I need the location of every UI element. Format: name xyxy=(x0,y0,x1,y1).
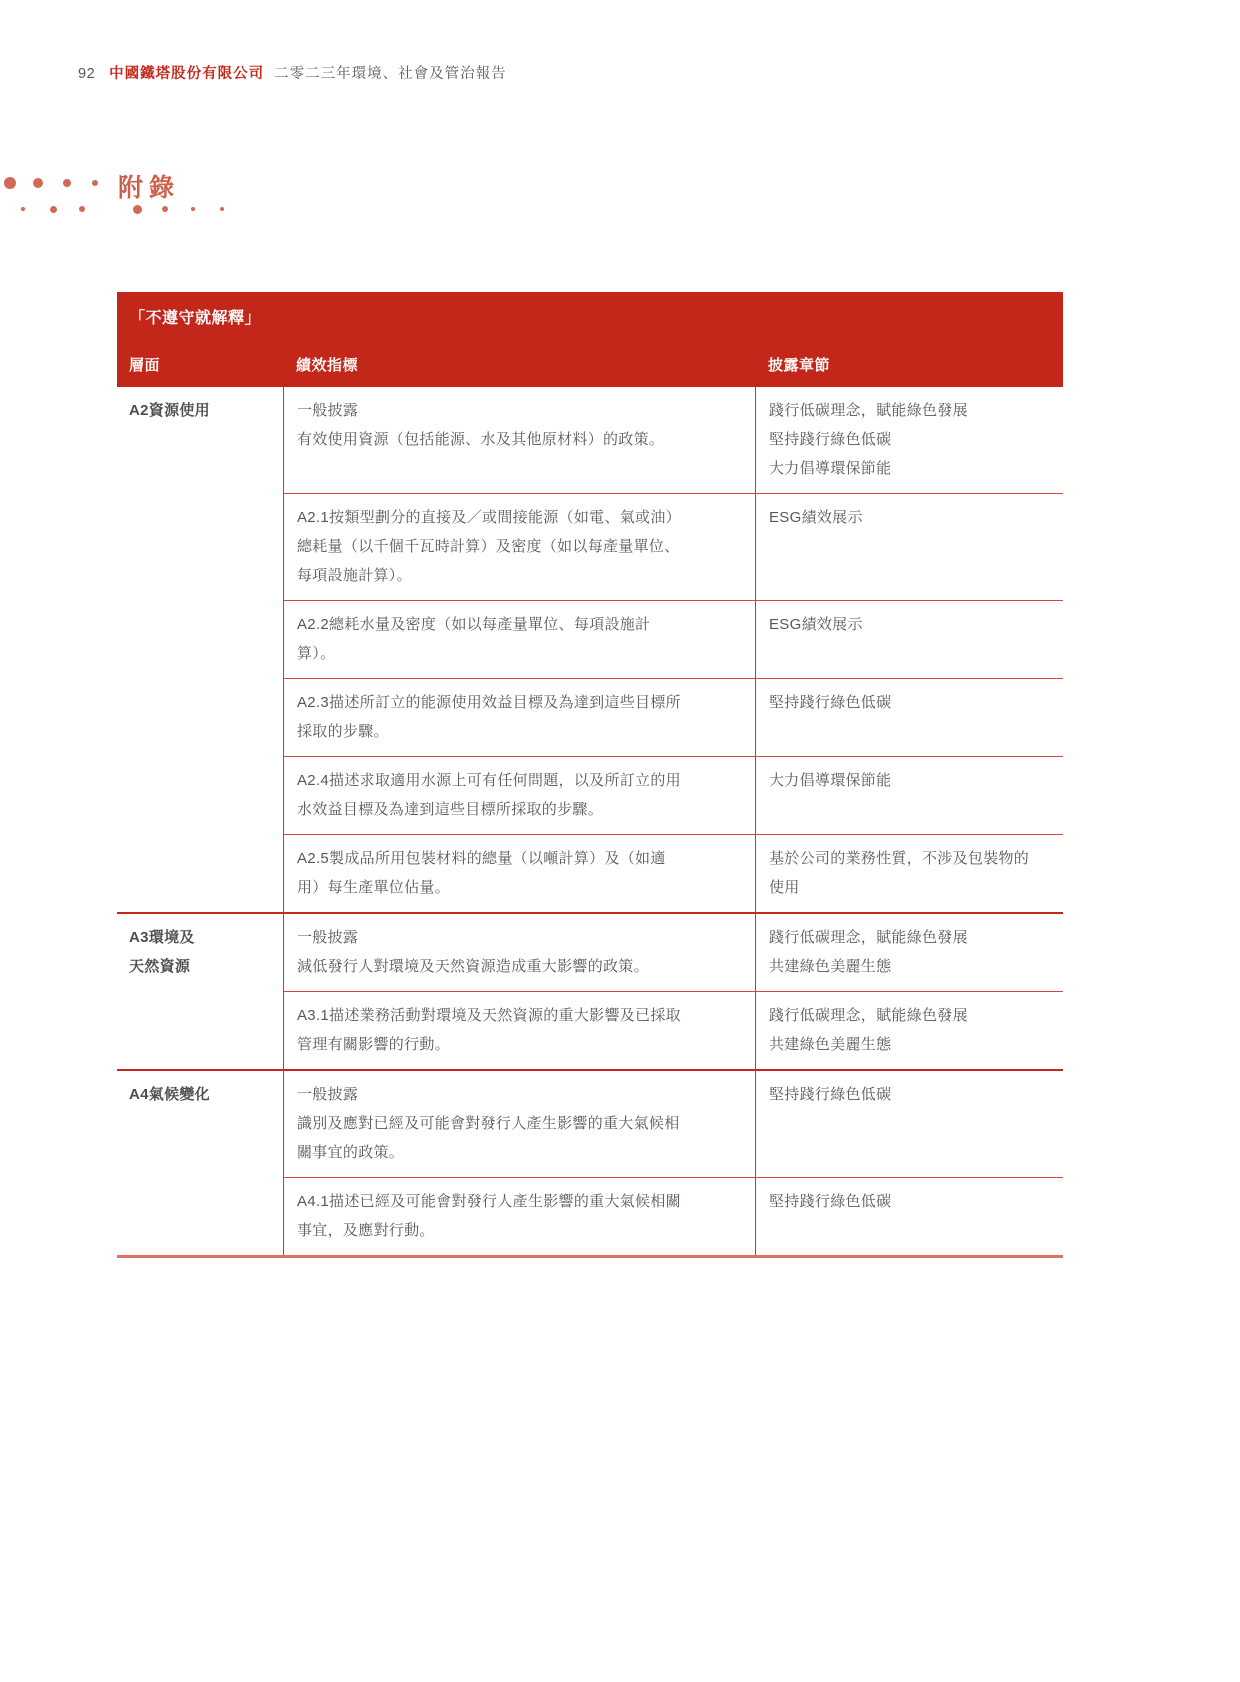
report-page: 92 中國鐵塔股份有限公司 二零二三年環境、社會及管治報告 附錄 「不遵守就解釋… xyxy=(0,0,1240,1682)
decorative-dot xyxy=(162,206,168,212)
column-header-disclosure: 披露章節 xyxy=(755,354,1063,375)
kpi-cell: 一般披露減低發行人對環境及天然資源造成重大影響的政策。 xyxy=(283,914,755,991)
decorative-dot xyxy=(191,207,195,211)
comply-or-explain-table: 「不遵守就解釋」 層面 績效指標 披露章節 A2資源使用一般披露有效使用資源（包… xyxy=(117,292,1063,1258)
kpi-cell: A2.4描述求取適用水源上可有任何問題，以及所訂立的用水效益目標及為達到這些目標… xyxy=(283,756,755,834)
text-line: A2.4描述求取適用水源上可有任何問題，以及所訂立的用水效益目標及為達到這些目標… xyxy=(297,766,681,824)
table-row: A3環境及天然資源一般披露減低發行人對環境及天然資源造成重大影響的政策。踐行低碳… xyxy=(117,912,1063,991)
table-row: A4.1描述已經及可能會對發行人產生影響的重大氣候相關事宜，及應對行動。堅持踐行… xyxy=(117,1177,1063,1255)
text-line: 堅持踐行綠色低碳 xyxy=(769,688,1043,717)
decorative-dot xyxy=(50,206,57,213)
text-line: 減低發行人對環境及天然資源造成重大影響的政策。 xyxy=(297,952,681,981)
text-line: 基於公司的業務性質，不涉及包裝物的使用 xyxy=(769,844,1043,902)
table-row: A4氣候變化一般披露識別及應對已經及可能會對發行人產生影響的重大氣候相關事宜的政… xyxy=(117,1069,1063,1177)
text-line: A3環境及 xyxy=(129,923,267,952)
company-name: 中國鐵塔股份有限公司 xyxy=(109,62,264,83)
text-line: 堅持踐行綠色低碳 xyxy=(769,1187,1043,1216)
column-header-aspect: 層面 xyxy=(117,354,283,375)
appendix-title: 附錄 xyxy=(118,168,180,204)
kpi-cell: A2.1按類型劃分的直接及／或間接能源（如電、氣或油）總耗量（以千個千瓦時計算）… xyxy=(283,493,755,600)
text-line: 一般披露 xyxy=(297,396,681,425)
text-line: A4.1描述已經及可能會對發行人產生影響的重大氣候相關事宜，及應對行動。 xyxy=(297,1187,681,1245)
decorative-dot xyxy=(33,178,43,188)
text-line: A2資源使用 xyxy=(129,396,267,425)
text-line: 一般披露 xyxy=(297,923,681,952)
text-line: A2.5製成品所用包裝材料的總量（以噸計算）及（如適用）每生產單位佔量。 xyxy=(297,844,681,902)
table-header: 「不遵守就解釋」 層面 績效指標 披露章節 xyxy=(117,292,1063,387)
kpi-cell: A2.2總耗水量及密度（如以每產量單位、每項設施計算）。 xyxy=(283,600,755,678)
disclosure-cell: 踐行低碳理念，賦能綠色發展共建綠色美麗生態 xyxy=(755,991,1063,1069)
aspect-cell xyxy=(117,756,283,834)
table-body: A2資源使用一般披露有效使用資源（包括能源、水及其他原材料）的政策。踐行低碳理念… xyxy=(117,387,1063,1258)
aspect-cell xyxy=(117,493,283,600)
table-title: 「不遵守就解釋」 xyxy=(117,305,1063,328)
disclosure-cell: 基於公司的業務性質，不涉及包裝物的使用 xyxy=(755,834,1063,912)
aspect-cell xyxy=(117,678,283,756)
page-header: 92 中國鐵塔股份有限公司 二零二三年環境、社會及管治報告 xyxy=(78,62,1180,83)
disclosure-cell: 堅持踐行綠色低碳 xyxy=(755,1071,1063,1177)
appendix-heading-block: 附錄 xyxy=(0,140,400,230)
table-row: A2.1按類型劃分的直接及／或間接能源（如電、氣或油）總耗量（以千個千瓦時計算）… xyxy=(117,493,1063,600)
column-header-kpi: 績效指標 xyxy=(283,354,755,375)
table-row: A2資源使用一般披露有效使用資源（包括能源、水及其他原材料）的政策。踐行低碳理念… xyxy=(117,387,1063,493)
disclosure-cell: 堅持踐行綠色低碳 xyxy=(755,1177,1063,1255)
disclosure-cell: ESG績效展示 xyxy=(755,600,1063,678)
text-line: 一般披露 xyxy=(297,1080,681,1109)
text-line: A2.2總耗水量及密度（如以每產量單位、每項設施計算）。 xyxy=(297,610,681,668)
table-row: A2.3描述所訂立的能源使用效益目標及為達到這些目標所採取的步驟。堅持踐行綠色低… xyxy=(117,678,1063,756)
text-line: 踐行低碳理念，賦能綠色發展 xyxy=(769,396,1043,425)
decorative-dot xyxy=(220,207,224,211)
aspect-cell xyxy=(117,834,283,912)
decorative-dot xyxy=(63,179,71,187)
disclosure-cell: 大力倡導環保節能 xyxy=(755,756,1063,834)
aspect-cell: A4氣候變化 xyxy=(117,1071,283,1177)
kpi-cell: A3.1描述業務活動對環境及天然資源的重大影響及已採取管理有關影響的行動。 xyxy=(283,991,755,1069)
table-row: A2.4描述求取適用水源上可有任何問題，以及所訂立的用水效益目標及為達到這些目標… xyxy=(117,756,1063,834)
table-column-headers: 層面 績效指標 披露章節 xyxy=(117,354,1063,375)
text-line: 踐行低碳理念，賦能綠色發展 xyxy=(769,923,1043,952)
table-row: A2.2總耗水量及密度（如以每產量單位、每項設施計算）。ESG績效展示 xyxy=(117,600,1063,678)
aspect-cell xyxy=(117,600,283,678)
decorative-dot xyxy=(79,206,85,212)
kpi-cell: A2.3描述所訂立的能源使用效益目標及為達到這些目標所採取的步驟。 xyxy=(283,678,755,756)
decorative-dot xyxy=(133,205,142,214)
report-title: 二零二三年環境、社會及管治報告 xyxy=(274,62,507,83)
text-line: 堅持踐行綠色低碳 xyxy=(769,425,1043,454)
text-line: ESG績效展示 xyxy=(769,503,1043,532)
disclosure-cell: 踐行低碳理念，賦能綠色發展共建綠色美麗生態 xyxy=(755,914,1063,991)
kpi-cell: 一般披露識別及應對已經及可能會對發行人產生影響的重大氣候相關事宜的政策。 xyxy=(283,1071,755,1177)
aspect-cell xyxy=(117,991,283,1069)
text-line: 踐行低碳理念，賦能綠色發展 xyxy=(769,1001,1043,1030)
text-line: ESG績效展示 xyxy=(769,610,1043,639)
kpi-cell: 一般披露有效使用資源（包括能源、水及其他原材料）的政策。 xyxy=(283,387,755,493)
table-row: A2.5製成品所用包裝材料的總量（以噸計算）及（如適用）每生產單位佔量。基於公司… xyxy=(117,834,1063,912)
disclosure-cell: 踐行低碳理念，賦能綠色發展堅持踐行綠色低碳大力倡導環保節能 xyxy=(755,387,1063,493)
text-line: 大力倡導環保節能 xyxy=(769,766,1043,795)
decorative-dot xyxy=(21,207,25,211)
aspect-cell: A3環境及天然資源 xyxy=(117,914,283,991)
text-line: 共建綠色美麗生態 xyxy=(769,952,1043,981)
aspect-cell xyxy=(117,1177,283,1255)
decorative-dot xyxy=(4,177,16,189)
text-line: 天然資源 xyxy=(129,952,267,981)
text-line: 識別及應對已經及可能會對發行人產生影響的重大氣候相關事宜的政策。 xyxy=(297,1109,681,1167)
page-number: 92 xyxy=(78,66,95,82)
text-line: A3.1描述業務活動對環境及天然資源的重大影響及已採取管理有關影響的行動。 xyxy=(297,1001,681,1059)
kpi-cell: A2.5製成品所用包裝材料的總量（以噸計算）及（如適用）每生產單位佔量。 xyxy=(283,834,755,912)
text-line: A2.3描述所訂立的能源使用效益目標及為達到這些目標所採取的步驟。 xyxy=(297,688,681,746)
aspect-cell: A2資源使用 xyxy=(117,387,283,493)
text-line: 共建綠色美麗生態 xyxy=(769,1030,1043,1059)
table-row: A3.1描述業務活動對環境及天然資源的重大影響及已採取管理有關影響的行動。踐行低… xyxy=(117,991,1063,1069)
text-line: 堅持踐行綠色低碳 xyxy=(769,1080,1043,1109)
decorative-dot xyxy=(92,180,98,186)
text-line: A4氣候變化 xyxy=(129,1080,267,1109)
kpi-cell: A4.1描述已經及可能會對發行人產生影響的重大氣候相關事宜，及應對行動。 xyxy=(283,1177,755,1255)
text-line: 大力倡導環保節能 xyxy=(769,454,1043,483)
text-line: 有效使用資源（包括能源、水及其他原材料）的政策。 xyxy=(297,425,681,454)
text-line: A2.1按類型劃分的直接及／或間接能源（如電、氣或油）總耗量（以千個千瓦時計算）… xyxy=(297,503,681,590)
disclosure-cell: ESG績效展示 xyxy=(755,493,1063,600)
disclosure-cell: 堅持踐行綠色低碳 xyxy=(755,678,1063,756)
